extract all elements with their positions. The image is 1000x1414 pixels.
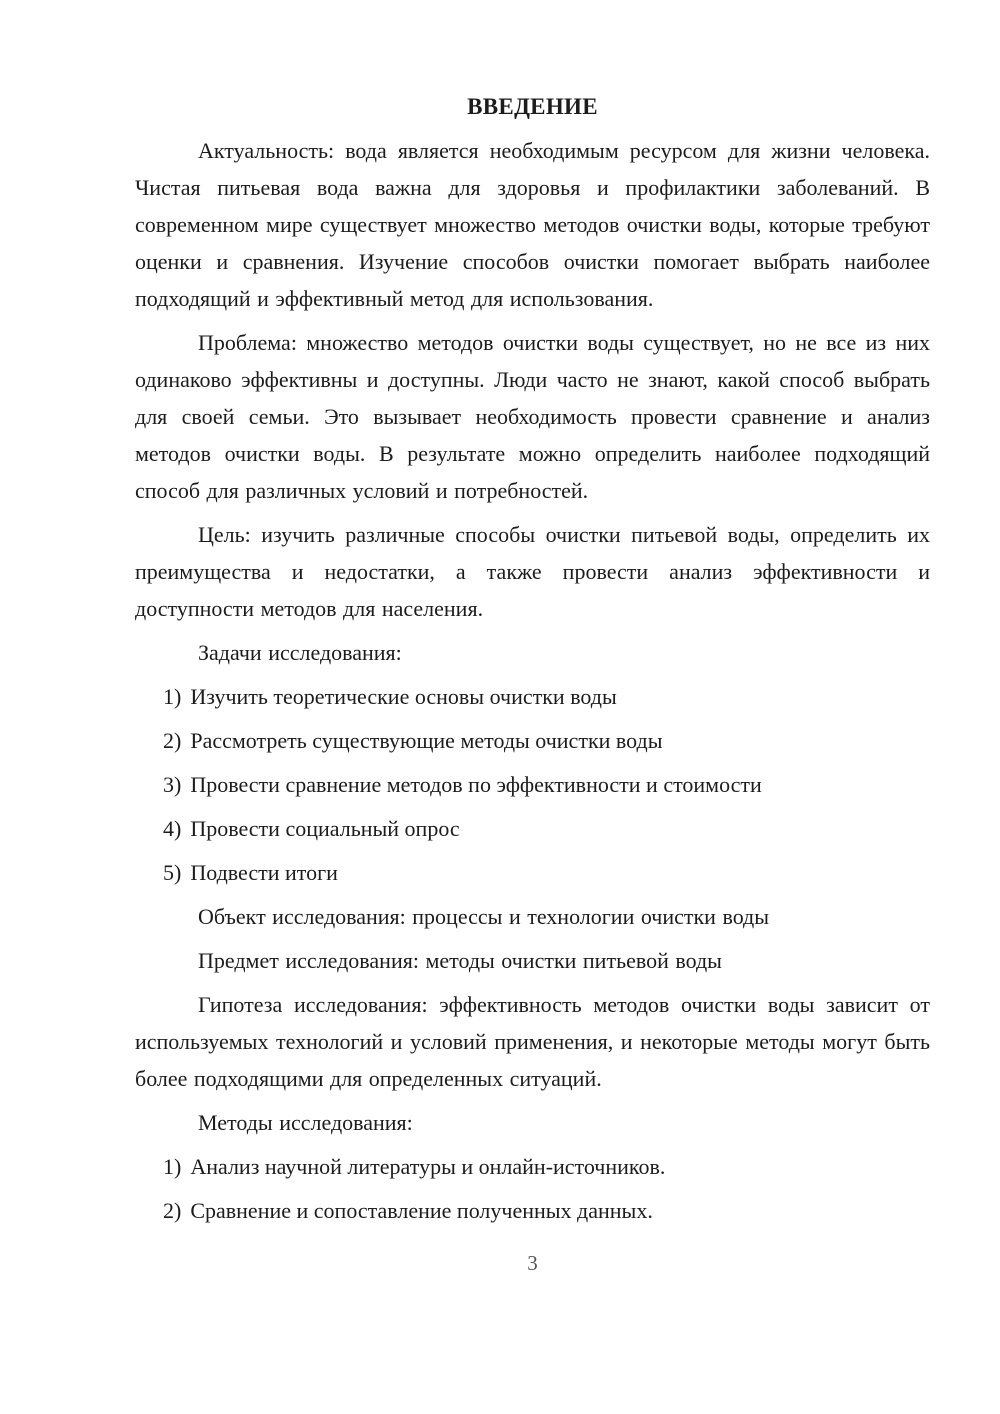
method-number-1: 1) (163, 1154, 181, 1179)
task-item-2: 2)Рассмотреть существующие методы очистк… (135, 722, 930, 759)
object-line: Объект исследования: процессы и технолог… (135, 898, 930, 935)
tasks-heading: Задачи исследования: (135, 634, 930, 671)
task-label-5: Подвести итоги (190, 860, 338, 885)
task-number-5: 5) (163, 860, 181, 885)
task-label-1: Изучить теоретические основы очистки вод… (190, 684, 616, 709)
task-item-3: 3)Провести сравнение методов по эффектив… (135, 766, 930, 803)
page-number: 3 (135, 1245, 930, 1282)
task-label-2: Рассмотреть существующие методы очистки … (190, 728, 662, 753)
method-label-2: Сравнение и сопоставление полученных дан… (190, 1198, 653, 1223)
method-item-2: 2)Сравнение и сопоставление полученных д… (135, 1192, 930, 1229)
task-number-3: 3) (163, 772, 181, 797)
method-item-1: 1)Анализ научной литературы и онлайн-ист… (135, 1148, 930, 1185)
task-item-5: 5)Подвести итоги (135, 854, 930, 891)
methods-list: 1)Анализ научной литературы и онлайн-ист… (135, 1148, 930, 1229)
task-number-2: 2) (163, 728, 181, 753)
method-number-2: 2) (163, 1198, 181, 1223)
task-number-4: 4) (163, 816, 181, 841)
subject-line: Предмет исследования: методы очистки пит… (135, 942, 930, 979)
task-item-4: 4)Провести социальный опрос (135, 810, 930, 847)
tasks-list: 1)Изучить теоретические основы очистки в… (135, 678, 930, 891)
method-label-1: Анализ научной литературы и онлайн-источ… (190, 1154, 665, 1179)
paragraph-hypothesis: Гипотеза исследования: эффективность мет… (135, 986, 930, 1097)
task-number-1: 1) (163, 684, 181, 709)
task-item-1: 1)Изучить теоретические основы очистки в… (135, 678, 930, 715)
document-page: ВВЕДЕНИЕ Актуальность: вода является нео… (0, 0, 1000, 1414)
document-title: ВВЕДЕНИЕ (135, 88, 930, 125)
paragraph-actuality: Актуальность: вода является необходимым … (135, 132, 930, 317)
paragraph-problem: Проблема: множество методов очистки воды… (135, 324, 930, 509)
task-label-4: Провести социальный опрос (190, 816, 459, 841)
task-label-3: Провести сравнение методов по эффективно… (190, 772, 761, 797)
paragraph-goal: Цель: изучить различные способы очистки … (135, 516, 930, 627)
methods-heading: Методы исследования: (135, 1104, 930, 1141)
